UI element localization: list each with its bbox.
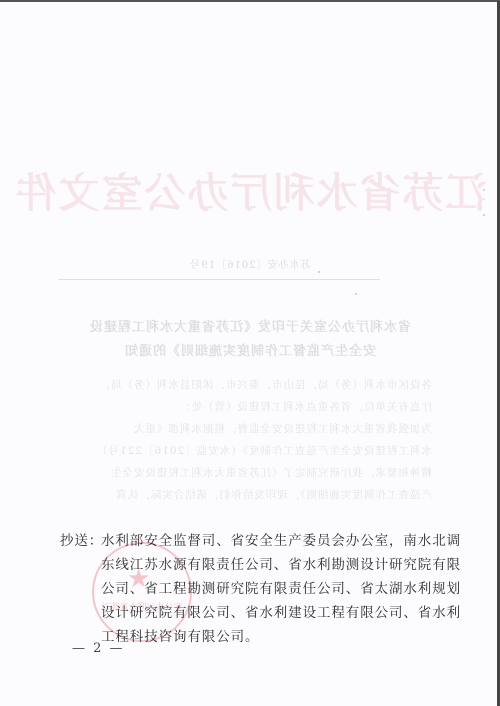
- page-number: — 2 —: [72, 641, 125, 656]
- document-page: 江苏省水利厅办公室文件 苏水办安〔2016〕19号 省水利厅办公室关于印发《江苏…: [0, 0, 500, 706]
- bleed-through-body-line: 为加强我省重大水利工程建设安全监督，根据水利部《重大: [62, 418, 432, 440]
- scan-speck: [483, 189, 485, 191]
- scan-speck: [483, 214, 485, 216]
- bleed-through-heading: 江苏省水利厅办公室文件: [0, 160, 500, 219]
- bleed-through-body-line: 产巡查工作制度实施细则》，现印发给你们，请结合实际，认真: [62, 484, 432, 506]
- bleed-through-red-rule: [58, 279, 380, 280]
- bleed-through-body-line: 水利工程建设安全生产巡查工作制度》（水安监〔2016〕221号）: [62, 440, 432, 462]
- bleed-through-title-line: 省水利厅办公室关于印发《江苏省重大水利工程建设: [0, 316, 500, 335]
- bleed-through-body-line: 厅直有关单位，省各重点水利工程建设（管）处：: [62, 396, 432, 418]
- cc-block: 抄送：水利部安全监督司、省安全生产委员会办公室，南水北调 东线江苏水源有限责任公…: [60, 529, 480, 649]
- cc-text: 水利部安全监督司、省安全生产委员会办公室，南水北调: [101, 533, 461, 549]
- cc-line: 东线江苏水源有限责任公司、省水利勘测设计研究院有限: [60, 553, 480, 577]
- bleed-through-doc-number: 苏水办安〔2016〕19号: [0, 256, 500, 271]
- bleed-through-body-line: 精神和要求，我厅研究制定了《江苏省重大水利工程建设安全生: [62, 462, 432, 484]
- cc-line: 公司、省工程勘测研究院有限责任公司、省太湖水利规划: [60, 577, 480, 601]
- cc-label: 抄送：: [60, 529, 101, 553]
- bleed-through-title-line: 安全生产监督工作制度实施细则》的通知: [0, 340, 500, 359]
- cc-line: 设计研究院有限公司、省水利建设工程有限公司、省水利: [60, 601, 480, 625]
- cc-line: 抄送：水利部安全监督司、省安全生产委员会办公室，南水北调: [60, 529, 480, 553]
- scan-speck: [318, 271, 320, 273]
- bleed-through-body-line: 各设区市水利（务）局，昆山市、泰兴市、沭阳县水利（务）局，: [62, 374, 432, 396]
- bleed-through-body: 各设区市水利（务）局，昆山市、泰兴市、沭阳县水利（务）局， 厅直有关单位，省各重…: [62, 374, 500, 506]
- scan-speck: [355, 293, 357, 295]
